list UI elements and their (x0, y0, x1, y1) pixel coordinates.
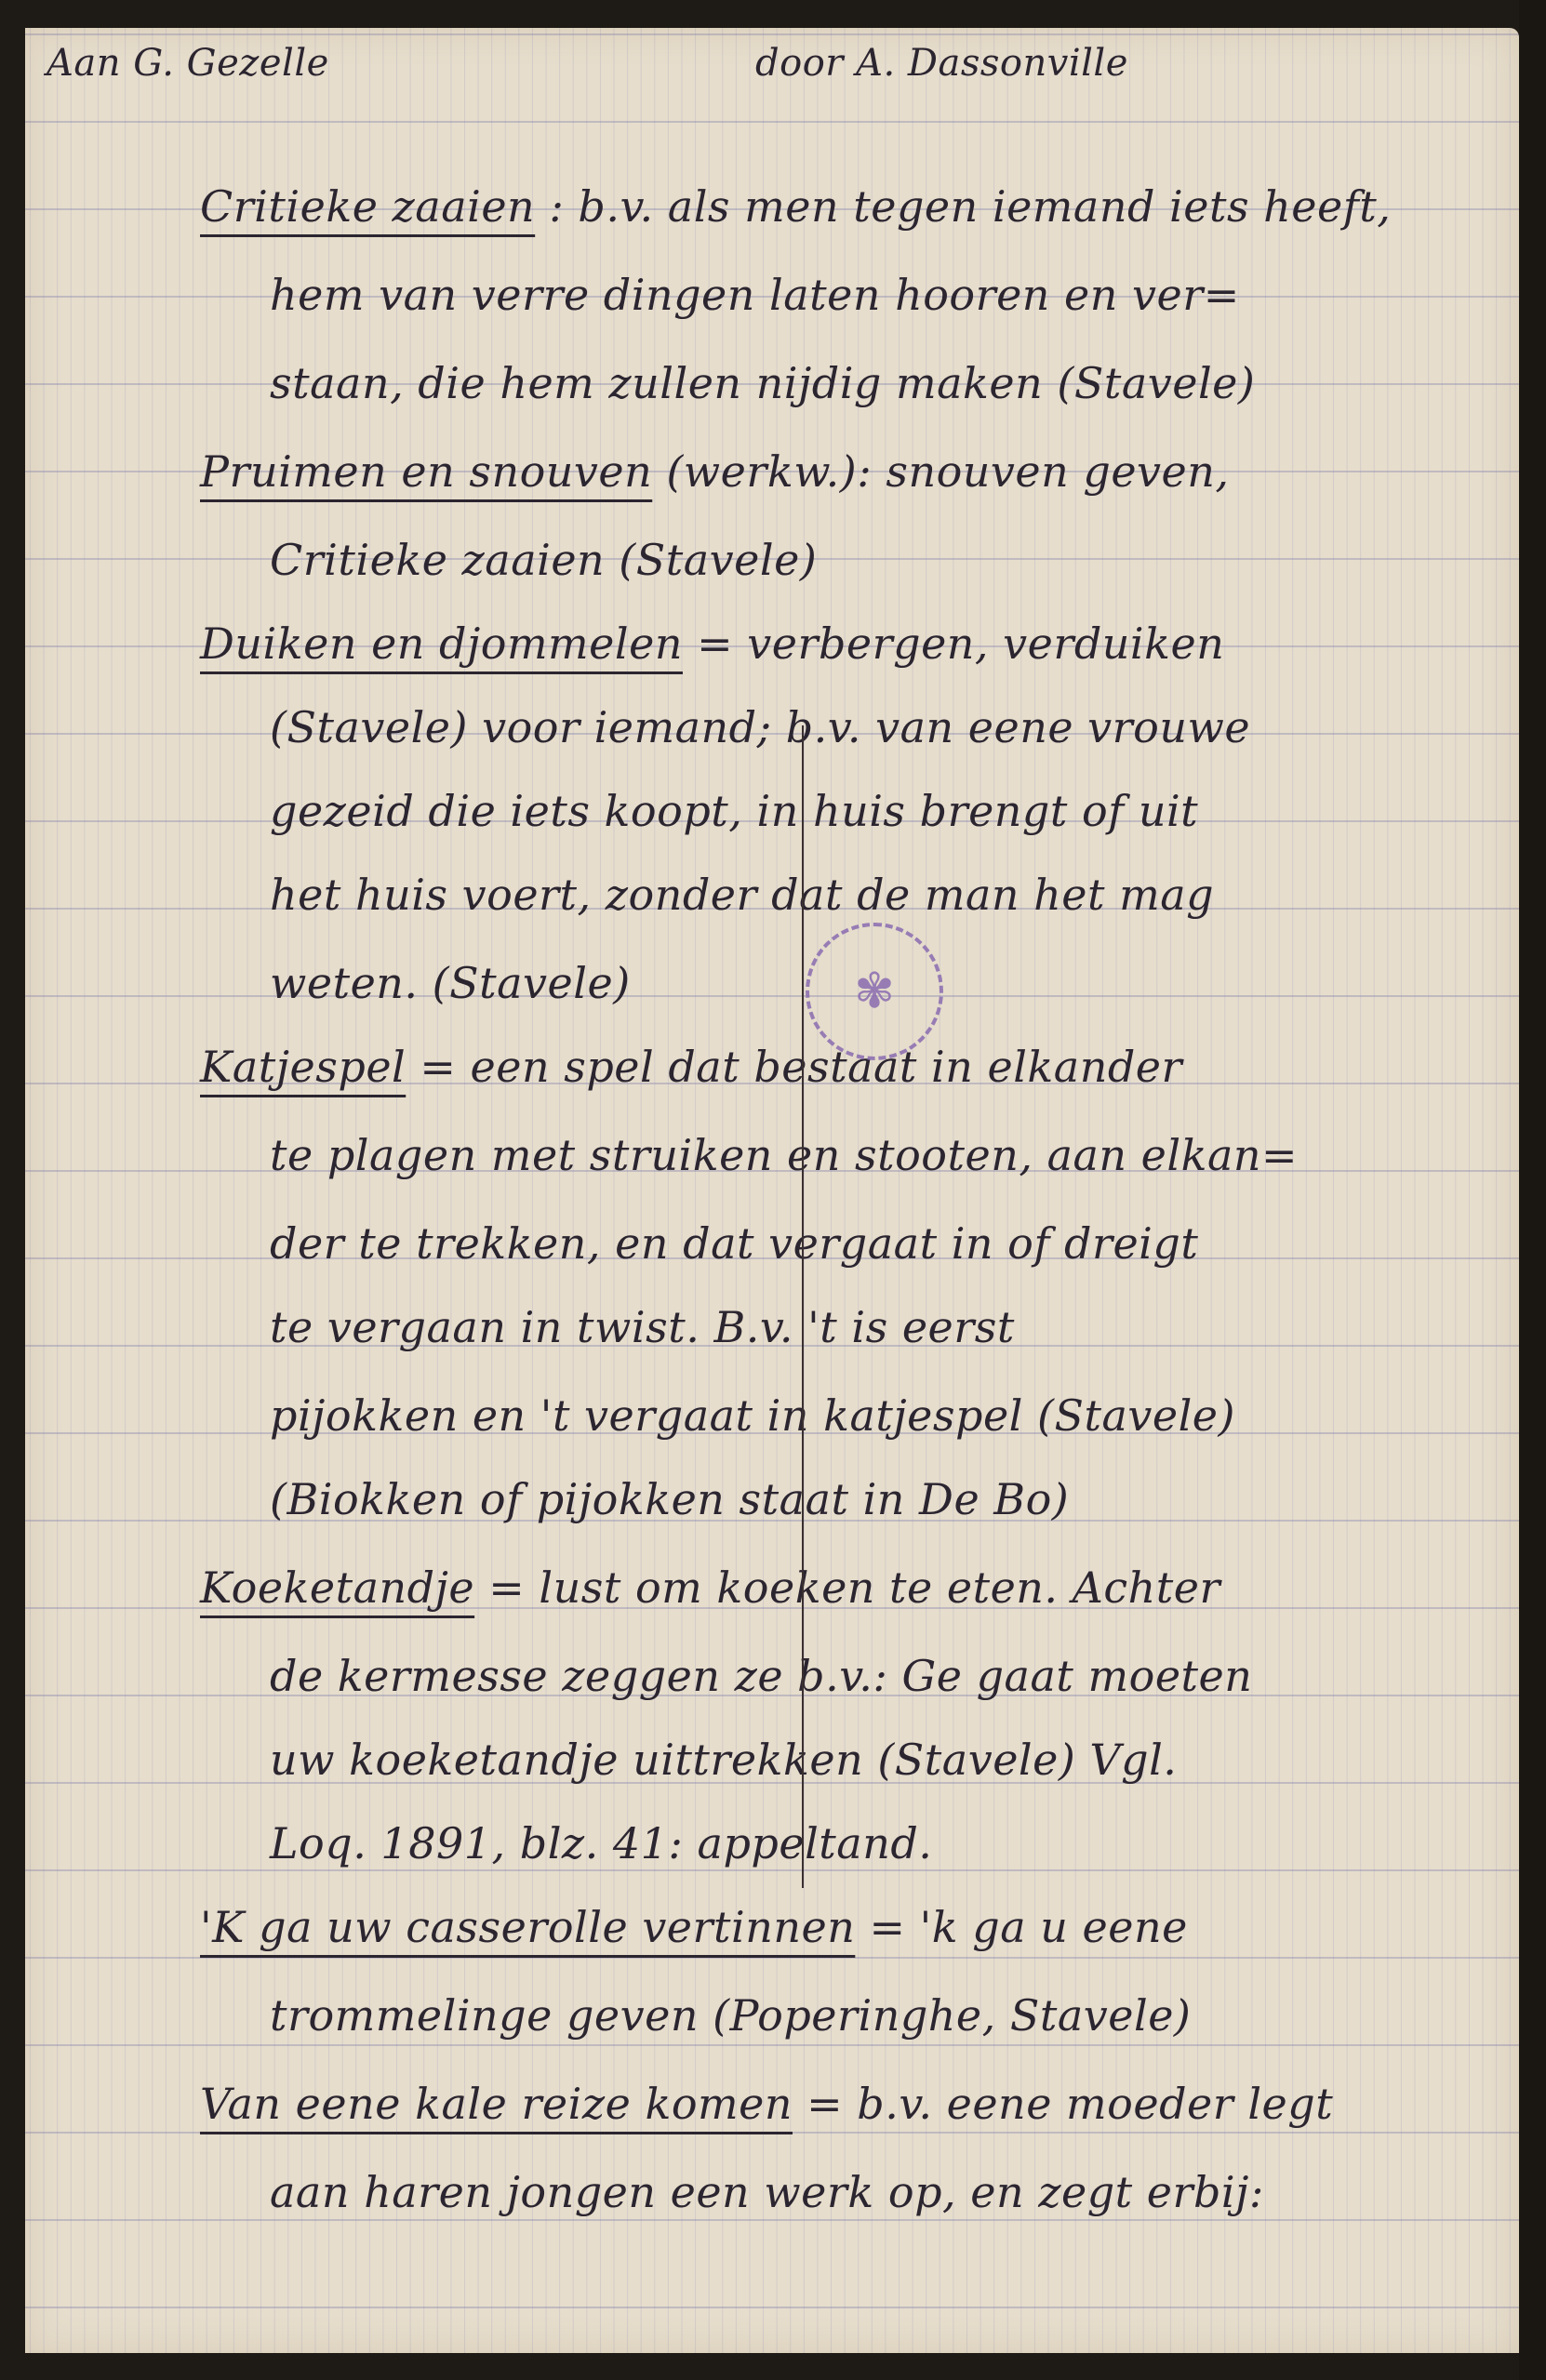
entry-3-line-1: Duiken en djommelen = verbergen, verduik… (200, 618, 1224, 669)
entry-text: (werkw.): snouven geven, (666, 446, 1229, 497)
addressee: Aan G. Gezelle (47, 42, 329, 85)
entry-3-line-3: gezeid die iets koopt, in huis brengt of… (270, 786, 1198, 836)
entry-text: = verbergen, verduiken (697, 618, 1224, 669)
entry-7-line-1: Van eene kale reize komen = b.v. eene mo… (200, 2079, 1333, 2129)
entry-4-line-5: pijokken en 't vergaat in katjespel (Sta… (270, 1390, 1235, 1441)
entry-term: Pruimen en snouven (200, 446, 652, 497)
entry-5-line-3: uw koeketandje uittrekken (Stavele) Vgl. (270, 1735, 1177, 1785)
entry-term: Koeketandje (200, 1562, 474, 1613)
author: door A. Dassonville (755, 42, 1128, 85)
entry-1-line-1: Critieke zaaien : b.v. als men tegen iem… (200, 181, 1391, 232)
entry-term: 'K ga uw casserolle vertinnen (200, 1902, 855, 1952)
entry-5-line-2: de kermesse zeggen ze b.v.: Ge gaat moet… (270, 1651, 1252, 1701)
entry-text: = lust om koeken te eten. Achter (488, 1562, 1220, 1613)
entry-7-line-2: aan haren jongen een werk op, en zegt er… (270, 2167, 1264, 2217)
entry-5-line-4: Loq. 1891, blz. 41: appeltand. (270, 1818, 932, 1868)
entry-text: = 'k ga u eene (869, 1902, 1187, 1952)
entry-3-line-4: het huis voert, zonder dat de man het ma… (270, 870, 1214, 920)
scan-border (1519, 0, 1546, 2380)
entry-2-line-2: Critieke zaaien (Stavele) (270, 535, 817, 585)
entry-3-line-5: weten. (Stavele) (270, 958, 631, 1008)
entry-2-line-1: Pruimen en snouven (werkw.): snouven gev… (200, 446, 1230, 497)
entry-6-line-1: 'K ga uw casserolle vertinnen = 'k ga u … (200, 1902, 1188, 1952)
entry-text: : b.v. als men tegen iemand iets heeft, (549, 181, 1391, 232)
entry-term: Katjespel (200, 1042, 406, 1092)
entry-4-line-4: te vergaan in twist. B.v. 't is eerst (270, 1302, 1015, 1352)
entry-3-line-2: (Stavele) voor iemand; b.v. van eene vro… (270, 702, 1250, 752)
entry-4-line-6: (Biokken of pijokken staat in De Bo) (270, 1474, 1069, 1524)
library-stamp-icon: ✾ (806, 923, 943, 1060)
entry-4-line-3: der te trekken, en dat vergaat in of dre… (270, 1218, 1198, 1269)
entry-5-line-1: Koeketandje = lust om koeken te eten. Ac… (200, 1562, 1220, 1613)
entry-term: Critieke zaaien (200, 181, 535, 232)
entry-4-line-2: te plagen met struiken en stooten, aan e… (270, 1130, 1298, 1180)
entry-term: Duiken en djommelen (200, 618, 683, 669)
margin-pencil-line (802, 725, 804, 1888)
entry-term: Van eene kale reize komen (200, 2079, 793, 2129)
entry-6-line-2: trommelinge geven (Poperinghe, Stavele) (270, 1990, 1191, 2041)
entry-1-line-2: hem van verre dingen laten hooren en ver… (270, 270, 1240, 320)
entry-4-line-1: Katjespel = een spel dat bestaat in elka… (200, 1042, 1182, 1092)
entry-text: = b.v. eene moeder legt (806, 2079, 1333, 2129)
entry-1-line-3: staan, die hem zullen nijdig maken (Stav… (270, 358, 1255, 408)
